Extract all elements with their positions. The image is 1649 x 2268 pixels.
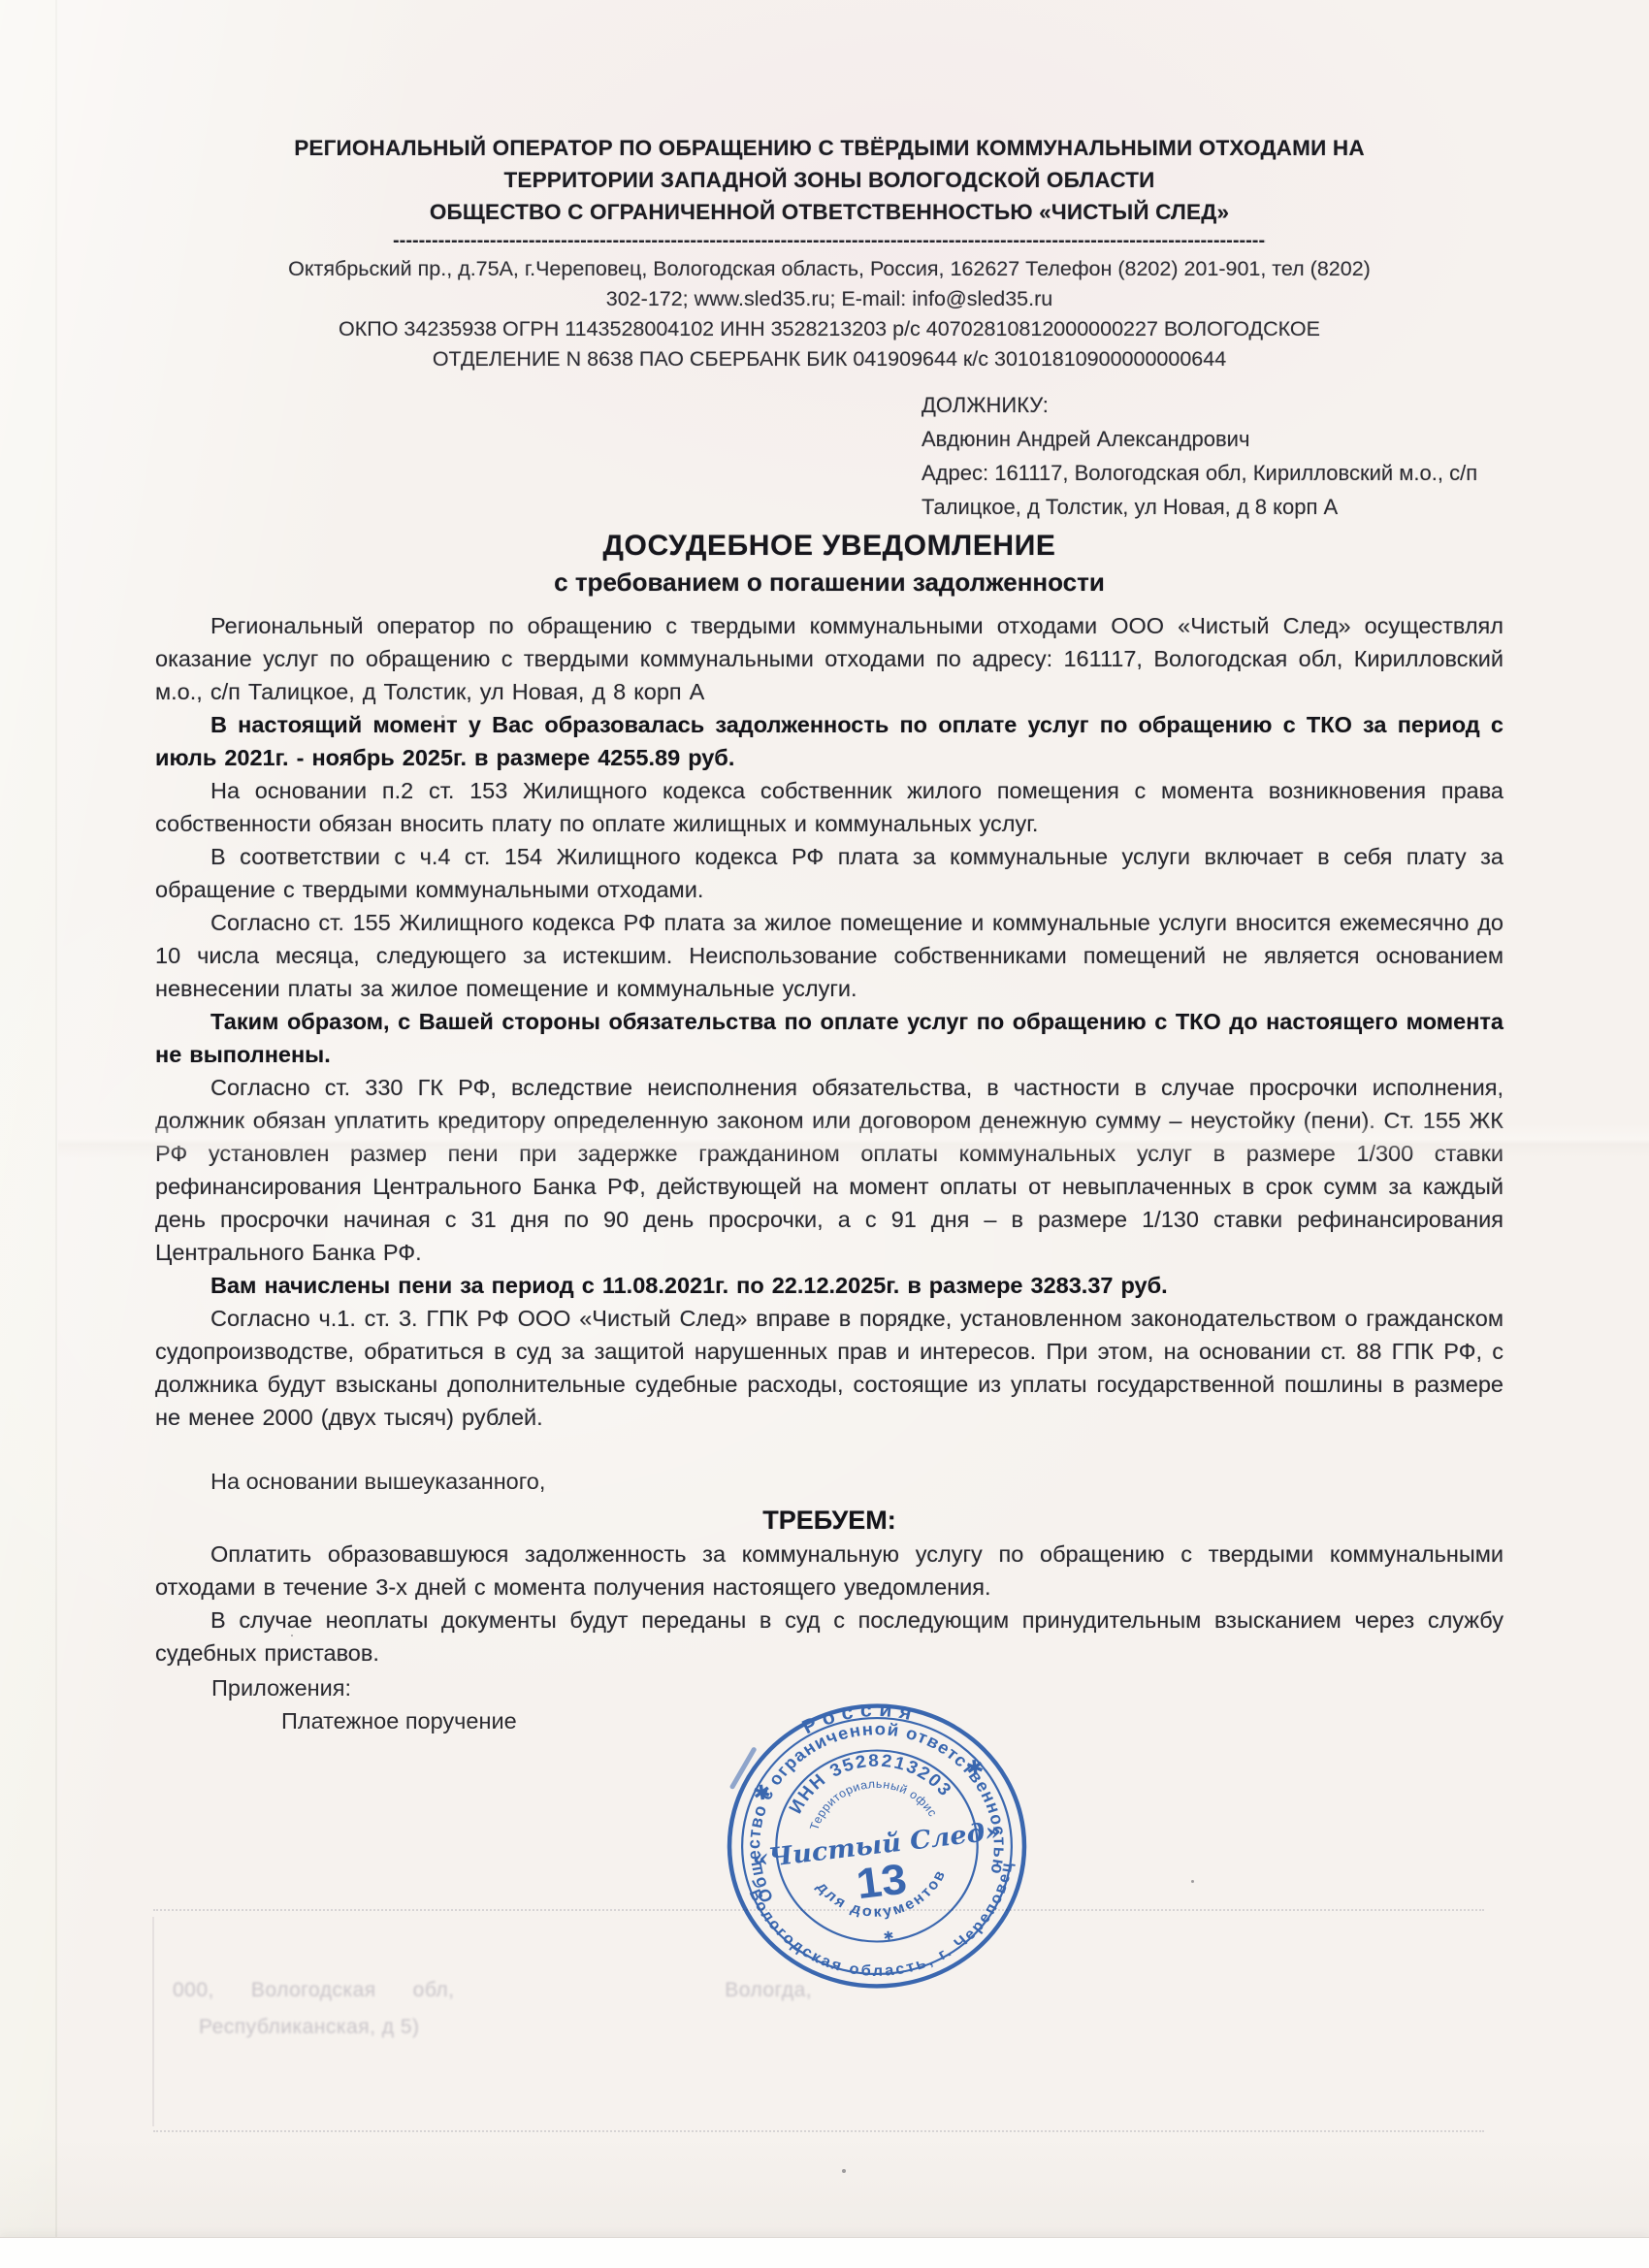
paragraph-obligations: Таким образом, с Вашей стороны обязатель…: [155, 1005, 1503, 1071]
company-stamp: Россия ✱ ✱ Вологодская область, г. Череп…: [721, 1698, 1033, 1994]
attachments-label: Приложения:: [211, 1671, 1503, 1704]
stamp-company-name: «Чистый След»: [751, 1816, 1003, 1874]
letter-body: Региональный оператор по обращению с тве…: [155, 609, 1503, 1434]
paragraph: Региональный оператор по обращению с тве…: [155, 609, 1503, 708]
paragraph: В соответствии с ч.4 ст. 154 Жилищного к…: [155, 840, 1503, 906]
svg-text:ИНН 3528213203: ИНН 3528213203: [778, 1740, 957, 1818]
letterhead-separator: ----------------------------------------…: [393, 230, 1266, 252]
debtor-address: Адрес: 161117, Вологодская обл, Кириллов…: [921, 456, 1503, 524]
dust-speck: [1191, 1880, 1194, 1883]
debtor-label: ДОЛЖНИКУ:: [921, 388, 1503, 422]
attachment-item: Платежное поручение: [281, 1704, 1503, 1737]
document-subtitle: с требованием о погашении задолженности: [155, 567, 1503, 598]
dust-speck: [291, 1635, 293, 1636]
stamp-star-left: ✱: [752, 1780, 773, 1805]
paragraph-penalty-amount: Вам начислены пени за период с 11.08.202…: [155, 1269, 1503, 1302]
stamp-group: Россия ✱ ✱ Вологодская область, г. Череп…: [721, 1698, 1033, 1994]
svg-text:для документов: для документов: [812, 1864, 954, 1928]
debtor-name: Авдюнин Андрей Александрович: [921, 422, 1503, 456]
showthrough-text-line2: Республиканская, д 5): [199, 2016, 420, 2039]
document-title: ДОСУДЕБНОЕ УВЕДОМЛЕНИЕ: [155, 530, 1503, 563]
scanned-document-page: 000, Вологодская обл, Вологда, Республик…: [0, 0, 1649, 2268]
paragraph-debt-amount: В настоящий момент у Вас образовалась за…: [155, 708, 1503, 774]
letterhead-requisites: ОКПО 34235938 ОГРН 1143528004102 ИНН 352…: [155, 314, 1503, 374]
stamp-ink-smudge: [732, 1750, 754, 1787]
showthrough-box-edge: [152, 1917, 154, 2126]
paragraph: Согласно ст. 155 Жилищного кодекса РФ пл…: [155, 906, 1503, 1005]
stamp-purpose-text: для документов: [812, 1864, 954, 1928]
svg-text:Территориальный офис: Территориальный офис: [801, 1770, 940, 1833]
dust-speck: [842, 2169, 846, 2173]
stamp-bottom-star: ✱: [883, 1928, 895, 1944]
contacts-line1: Октябрьский пр., д.75А, г.Череповец, Вол…: [155, 254, 1503, 284]
stamp-inn-text: ИНН 3528213203: [778, 1740, 957, 1818]
stamp-rings: [721, 1698, 1033, 1994]
contacts-line2: 302-172; www.sled35.ru; E-mail: info@sle…: [155, 284, 1503, 314]
org-title-line2: ТЕРРИТОРИИ ЗАПАДНОЙ ЗОНЫ ВОЛОГОДСКОЙ ОБЛ…: [155, 164, 1503, 196]
org-title-line3: ОБЩЕСТВО С ОГРАНИЧЕННОЙ ОТВЕТСТВЕННОСТЬЮ…: [155, 196, 1503, 228]
org-title-line1: РЕГИОНАЛЬНЫЙ ОПЕРАТОР ПО ОБРАЩЕНИЮ С ТВЁ…: [155, 132, 1503, 164]
stamp-office-text: Территориальный офис: [801, 1770, 940, 1833]
dust-speck: [441, 715, 444, 718]
letter-content: РЕГИОНАЛЬНЫЙ ОПЕРАТОР ПО ОБРАЩЕНИЮ С ТВЁ…: [155, 132, 1503, 1737]
paragraph: На основании п.2 ст. 153 Жилищного кодек…: [155, 774, 1503, 840]
letterhead-contacts: Октябрьский пр., д.75А, г.Череповец, Вол…: [155, 254, 1503, 314]
stamp-star-right: ✱: [964, 1755, 986, 1780]
paper-bottom-edge: [0, 2237, 1649, 2268]
showthrough-text-line1: 000, Вологодская обл, Вологда,: [173, 1979, 812, 2002]
demand-heading: ТРЕБУЕМ:: [155, 1506, 1503, 1536]
paragraph: Согласно ч.1. ст. 3. ГПК РФ ООО «Чистый …: [155, 1302, 1503, 1434]
scanner-edge-strip: [0, 0, 57, 2268]
demand-paragraph: Оплатить образовавшуюся задолженность за…: [155, 1538, 1503, 1604]
demands-block: Оплатить образовавшуюся задолженность за…: [155, 1538, 1503, 1669]
stamp-region-text: Вологодская область, г. Череповец: [745, 1858, 1030, 1994]
demand-paragraph: В случае неоплаты документы будут переда…: [155, 1604, 1503, 1669]
requisites-line2: ОТДЕЛЕНИЕ N 8638 ПАО СБЕРБАНК БИК 041909…: [155, 344, 1503, 374]
basis-line: На основании вышеуказанного,: [155, 1465, 1503, 1498]
paragraph: Согласно ст. 330 ГК РФ, вследствие неисп…: [155, 1071, 1503, 1269]
requisites-line1: ОКПО 34235938 ОГРН 1143528004102 ИНН 352…: [155, 314, 1503, 344]
letterhead-org-title: РЕГИОНАЛЬНЫЙ ОПЕРАТОР ПО ОБРАЩЕНИЮ С ТВЁ…: [155, 132, 1503, 228]
showthrough-line-bottom: [153, 2130, 1484, 2132]
stamp-number: 13: [854, 1855, 909, 1908]
showthrough-line-top: [153, 1909, 1484, 1911]
svg-text:Вологодская область, г. Черепо: Вологодская область, г. Череповец: [745, 1858, 1030, 1994]
debtor-block: ДОЛЖНИКУ: Авдюнин Андрей Александрович А…: [921, 388, 1503, 524]
